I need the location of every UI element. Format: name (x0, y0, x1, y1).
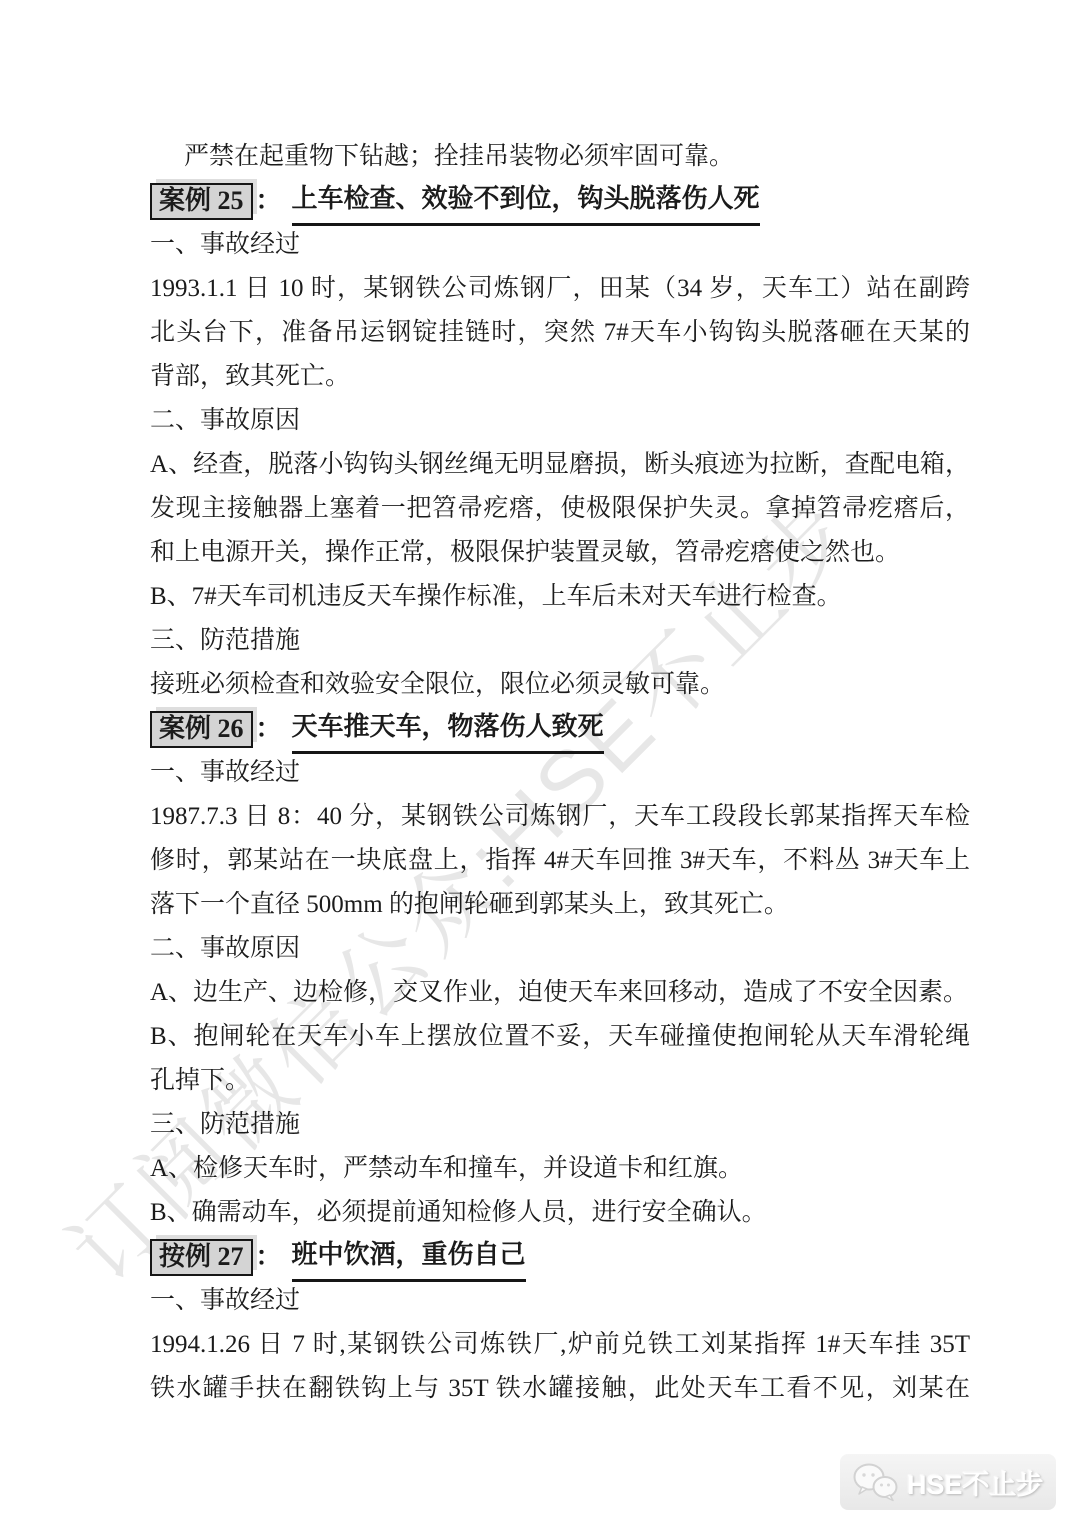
text-line: 铁水罐手扶在翻铁钩上与 35T 铁水罐接触，此处天车工看不见，刘某在 (150, 1367, 970, 1411)
text-line: 严禁在起重物下钻越；拴挂吊装物必须牢固可靠。 (150, 135, 970, 179)
text-line: A、经查，脱落小钩钩头钢丝绳无明显磨损，断头痕迹为拉断，查配电箱， (150, 443, 970, 487)
wechat-icon (852, 1462, 898, 1502)
text-line: 三、防范措施 (150, 1103, 970, 1147)
footer-logo: HSE不止步 (840, 1454, 1056, 1510)
document-body: 严禁在起重物下钻越；拴挂吊装物必须牢固可靠。案例 25：上车检查、效验不到位，钩… (150, 0, 970, 1411)
text-line: 和上电源开关，操作正常，极限保护装置灵敏，笤帚疙瘩使之然也。 (150, 531, 970, 575)
case-title: 班中饮酒，重伤自己 (292, 1233, 526, 1282)
text-line: 发现主接触器上塞着一把笤帚疙瘩，使极限保护失灵。拿掉笤帚疙瘩后， (150, 487, 970, 531)
text-line: 1987.7.3 日 8：40 分，某钢铁公司炼钢厂，天车工段段长郭某指挥天车检 (150, 795, 970, 839)
case-colon: ： (256, 179, 282, 223)
text-line: 二、事故原因 (150, 927, 970, 971)
text-line: 一、事故经过 (150, 751, 970, 795)
text-line: 接班必须检查和效验安全限位，限位必须灵敏可靠。 (150, 663, 970, 707)
text-line: 背部，致其死亡。 (150, 355, 970, 399)
case-heading-row: 按例 27：班中饮酒，重伤自己 (150, 1235, 970, 1279)
text-line: 修时，郭某站在一块底盘上，指挥 4#天车回推 3#天车，不料丛 3#天车上 (150, 839, 970, 883)
text-line: A、检修天车时，严禁动车和撞车，并设道卡和红旗。 (150, 1147, 970, 1191)
text-line: B、抱闸轮在天车小车上摆放位置不妥，天车碰撞使抱闸轮从天车滑轮绳 (150, 1015, 970, 1059)
text-line: B、确需动车，必须提前通知检修人员，进行安全确认。 (150, 1191, 970, 1235)
text-line: 二、事故原因 (150, 399, 970, 443)
text-line: 一、事故经过 (150, 223, 970, 267)
text-line: 落下一个直径 500mm 的抱闸轮砸到郭某头上，致其死亡。 (150, 883, 970, 927)
case-title: 上车检查、效验不到位，钩头脱落伤人死 (292, 177, 760, 226)
case-title: 天车推天车，物落伤人致死 (292, 705, 604, 754)
document-page: 订阅微信公众:HSE不止步 严禁在起重物下钻越；拴挂吊装物必须牢固可靠。案例 2… (0, 0, 1080, 1527)
case-colon: ： (256, 1235, 282, 1279)
text-line: 孔掉下。 (150, 1059, 970, 1103)
text-line: 北头台下，准备吊运钢锭挂链时，突然 7#天车小钩钩头脱落砸在天某的 (150, 311, 970, 355)
case-heading-row: 案例 25：上车检查、效验不到位，钩头脱落伤人死 (150, 179, 970, 223)
case-label-box: 案例 25 (150, 183, 253, 220)
case-label-box: 按例 27 (150, 1239, 253, 1276)
text-line: 1994.1.26 日 7 时,某钢铁公司炼铁厂,炉前兑铁工刘某指挥 1#天车挂… (150, 1323, 970, 1367)
case-colon: ： (256, 707, 282, 751)
case-heading-row: 案例 26：天车推天车，物落伤人致死 (150, 707, 970, 751)
text-line: A、边生产、边检修，交叉作业，迫使天车来回移动，造成了不安全因素。 (150, 971, 970, 1015)
case-label-box: 案例 26 (150, 711, 253, 748)
footer-logo-text: HSE不止步 (907, 1463, 1044, 1502)
text-line: 1993.1.1 日 10 时，某钢铁公司炼钢厂，田某（34 岁，天车工）站在副… (150, 267, 970, 311)
text-line: 三、防范措施 (150, 619, 970, 663)
text-line: 一、事故经过 (150, 1279, 970, 1323)
text-line: B、7#天车司机违反天车操作标准，上车后未对天车进行检查。 (150, 575, 970, 619)
